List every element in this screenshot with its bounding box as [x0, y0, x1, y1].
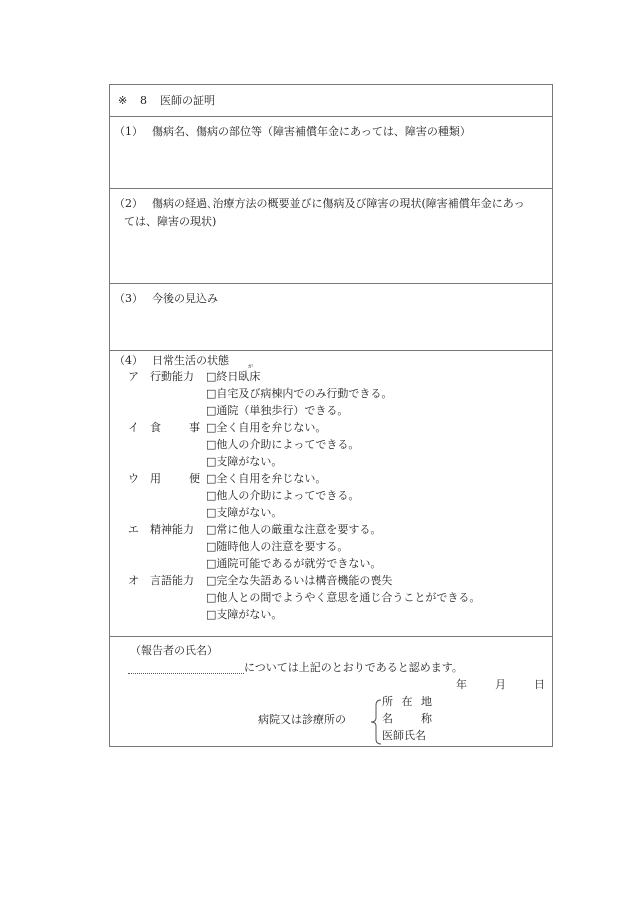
category-name: 食 事 — [150, 420, 200, 436]
certification-block: （報告者の氏名） については上記のとおりであると認めます。 年 月 日 病院又は… — [110, 636, 552, 746]
checkbox-option[interactable]: □完全な失語あるいは構音機能の喪失 — [206, 573, 392, 589]
checkbox-option[interactable]: □随時他人の注意を要する。 — [206, 539, 348, 555]
category-letter: ア — [128, 369, 139, 385]
certification-statement: については上記のとおりであると認めます。 — [244, 660, 463, 676]
checkbox-option[interactable]: □支障がない。 — [206, 505, 282, 521]
section-label: （1） — [114, 124, 143, 140]
field-label-part: 称 — [421, 711, 432, 727]
checkbox-option[interactable]: □支障がない。 — [206, 454, 282, 470]
category-name: 用 便 — [150, 471, 200, 487]
section-prognosis[interactable]: （3） 今後の見込み — [110, 283, 552, 350]
checkbox-option[interactable]: □通院可能であるが就労できない。 — [206, 556, 381, 572]
reporter-name-field[interactable] — [128, 673, 244, 674]
category-letter: ウ — [128, 471, 139, 487]
category-name: 精神能力 — [150, 522, 200, 538]
checkbox-option[interactable]: □常に他人の厳重な注意を要する。 — [206, 522, 381, 538]
section-injury-progress[interactable]: （2） 傷病の経過､治療方法の概要並びに傷病及び障害の現状(障害補償年金にあっ … — [110, 188, 552, 283]
field-doctor-name[interactable]: 医師氏名 — [382, 728, 426, 744]
field-label-part: 名 — [382, 711, 393, 727]
field-label-part: 地 — [421, 694, 432, 710]
section-number: 8 — [140, 93, 147, 109]
category-name-part: 便 — [189, 471, 200, 487]
section-daily-life: （4） 日常生活の状態 が ア 行動能力 □終日臥床 □自宅及び病棟内でのみ行動… — [110, 350, 552, 636]
institution-label: 病院又は診療所の — [258, 712, 346, 728]
note-mark: ※ — [118, 93, 127, 109]
section-text: 日常生活の状態 — [152, 353, 229, 369]
section-text-line1: 傷病の経過､治療方法の概要並びに傷病及び障害の現状(障害補償年金にあっ — [152, 196, 525, 212]
brace-icon — [370, 699, 382, 745]
category-name-part: 事 — [189, 420, 200, 436]
checkbox-option[interactable]: □他人の介助によってできる。 — [206, 437, 359, 453]
date-year[interactable]: 年 — [456, 677, 467, 693]
checkbox-option[interactable]: □終日臥床 — [206, 369, 260, 385]
category-letter: エ — [128, 522, 139, 538]
reporter-label: （報告者の氏名） — [130, 643, 218, 659]
date-day[interactable]: 日 — [534, 677, 545, 693]
section-label: （2） — [114, 196, 143, 212]
category-name: 行動能力 — [150, 369, 200, 385]
date-month[interactable]: 月 — [495, 677, 506, 693]
field-label-part: 在 — [402, 694, 413, 710]
header-row: ※ 8 医師の証明 — [110, 85, 552, 116]
section-label: （4） — [114, 353, 143, 369]
checkbox-option[interactable]: □支障がない。 — [206, 607, 282, 623]
doctor-certification-form: ※ 8 医師の証明 （1） 傷病名、傷病の部位等（障害補償年金にあっては、障害の… — [109, 84, 553, 747]
category-name-part: 用 — [150, 471, 161, 487]
checkbox-option[interactable]: □他人との間でようやく意思を通じ合うことができる。 — [206, 590, 480, 606]
checkbox-option[interactable]: □他人の介助によってできる。 — [206, 488, 359, 504]
checkbox-option[interactable]: □全く自用を弁じない。 — [206, 471, 326, 487]
section-label: （3） — [114, 291, 143, 307]
checkbox-option[interactable]: □全く自用を弁じない。 — [206, 420, 326, 436]
category-name: 言語能力 — [150, 573, 200, 589]
page-title: 医師の証明 — [160, 93, 215, 109]
category-letter: オ — [128, 573, 139, 589]
section-text: 今後の見込み — [152, 291, 218, 307]
field-label-part: 医師氏名 — [382, 729, 426, 742]
field-name[interactable]: 名 称 — [382, 711, 432, 727]
section-injury-name[interactable]: （1） 傷病名、傷病の部位等（障害補償年金にあっては、障害の種類） — [110, 116, 552, 188]
section-text: 傷病名、傷病の部位等（障害補償年金にあっては、障害の種類） — [152, 124, 471, 140]
checkbox-option[interactable]: □通院（単独歩行）できる。 — [206, 403, 348, 419]
category-name-part: 食 — [150, 420, 161, 436]
checkbox-option[interactable]: □自宅及び病棟内でのみ行動できる。 — [206, 386, 392, 402]
field-label-part: 所 — [382, 694, 393, 710]
section-text-line2: ては、障害の現状) — [124, 214, 216, 230]
category-letter: イ — [128, 420, 139, 436]
field-address[interactable]: 所 在 地 — [382, 694, 432, 710]
